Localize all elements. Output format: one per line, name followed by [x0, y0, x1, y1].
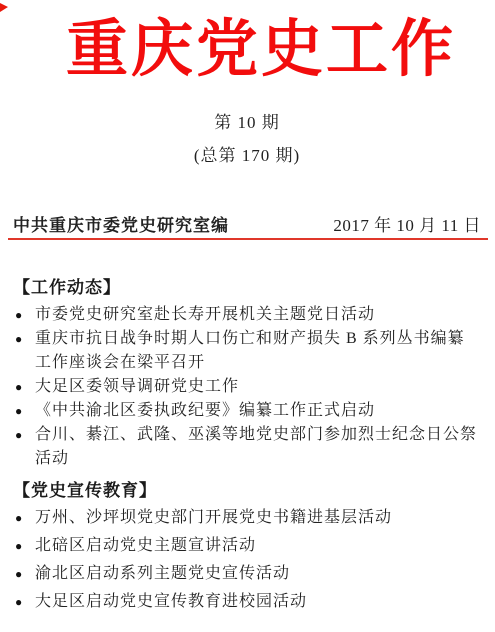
bullet-icon: ●: [15, 399, 35, 423]
masthead-title: 重庆党史工作: [13, 14, 481, 86]
list-item: ● 万州、沙坪坝党史部门开展党史书籍进基层活动: [15, 506, 481, 530]
editor-label: 中共重庆市委党史研究室编: [13, 215, 229, 236]
item-text: 合川、綦江、武隆、巫溪等地党史部门参加烈士纪念日公祭活动: [35, 423, 481, 471]
list-item: ● 渝北区启动系列主题党史宣传活动: [15, 562, 481, 586]
section-heading: 【党史宣传教育】: [13, 480, 481, 502]
newsletter-front-page: 重庆党史工作 第 10 期 (总第 170 期) 中共重庆市委党史研究室编 20…: [0, 0, 495, 632]
list-item: ● 《中共渝北区委执政纪要》编纂工作正式启动: [15, 399, 481, 423]
item-text: 《中共渝北区委执政纪要》编纂工作正式启动: [35, 399, 481, 423]
list-item: ● 合川、綦江、武隆、巫溪等地党史部门参加烈士纪念日公祭活动: [15, 423, 481, 471]
list-item: ● 大足区委领导调研党史工作: [15, 375, 481, 399]
item-text: 大足区启动党史宣传教育进校园活动: [35, 590, 481, 614]
section-heading: 【工作动态】: [13, 277, 481, 299]
item-text: 市委党史研究室赴长寿开展机关主题党日活动: [35, 303, 481, 327]
issue-date: 2017 年 10 月 11 日: [333, 215, 481, 236]
item-text: 重庆市抗日战争时期人口伤亡和财产损失 B 系列丛书编纂工作座谈会在梁平召开: [35, 327, 481, 375]
bullet-icon: ●: [15, 375, 35, 399]
propaganda-education-list: ● 万州、沙坪坝党史部门开展党史书籍进基层活动 ● 北碚区启动党史主题宣讲活动 …: [13, 506, 481, 614]
bullet-icon: ●: [15, 534, 35, 558]
item-text: 万州、沙坪坝党史部门开展党史书籍进基层活动: [35, 506, 481, 530]
section-propaganda-education: 【党史宣传教育】 ● 万州、沙坪坝党史部门开展党史书籍进基层活动 ● 北碚区启动…: [13, 480, 481, 614]
list-item: ● 大足区启动党史宣传教育进校园活动: [15, 590, 481, 614]
list-item: ● 重庆市抗日战争时期人口伤亡和财产损失 B 系列丛书编纂工作座谈会在梁平召开: [15, 327, 481, 375]
bullet-icon: ●: [15, 327, 35, 351]
bullet-icon: ●: [15, 590, 35, 614]
item-text: 大足区委领导调研党史工作: [35, 375, 481, 399]
total-issue-number: (总第 170 期): [13, 145, 481, 167]
section-work-dynamics: 【工作动态】 ● 市委党史研究室赴长寿开展机关主题党日活动 ● 重庆市抗日战争时…: [13, 277, 481, 471]
list-item: ● 市委党史研究室赴长寿开展机关主题党日活动: [15, 303, 481, 327]
corner-scan-mark-icon: [0, 3, 8, 12]
item-text: 北碚区启动党史主题宣讲活动: [35, 534, 481, 558]
meta-row: 中共重庆市委党史研究室编 2017 年 10 月 11 日: [8, 215, 488, 240]
item-text: 渝北区启动系列主题党史宣传活动: [35, 562, 481, 586]
issue-number: 第 10 期: [13, 112, 481, 134]
bullet-icon: ●: [15, 562, 35, 586]
work-dynamics-list: ● 市委党史研究室赴长寿开展机关主题党日活动 ● 重庆市抗日战争时期人口伤亡和财…: [13, 303, 481, 471]
bullet-icon: ●: [15, 506, 35, 530]
bullet-icon: ●: [15, 423, 35, 447]
list-item: ● 北碚区启动党史主题宣讲活动: [15, 534, 481, 558]
bullet-icon: ●: [15, 303, 35, 327]
